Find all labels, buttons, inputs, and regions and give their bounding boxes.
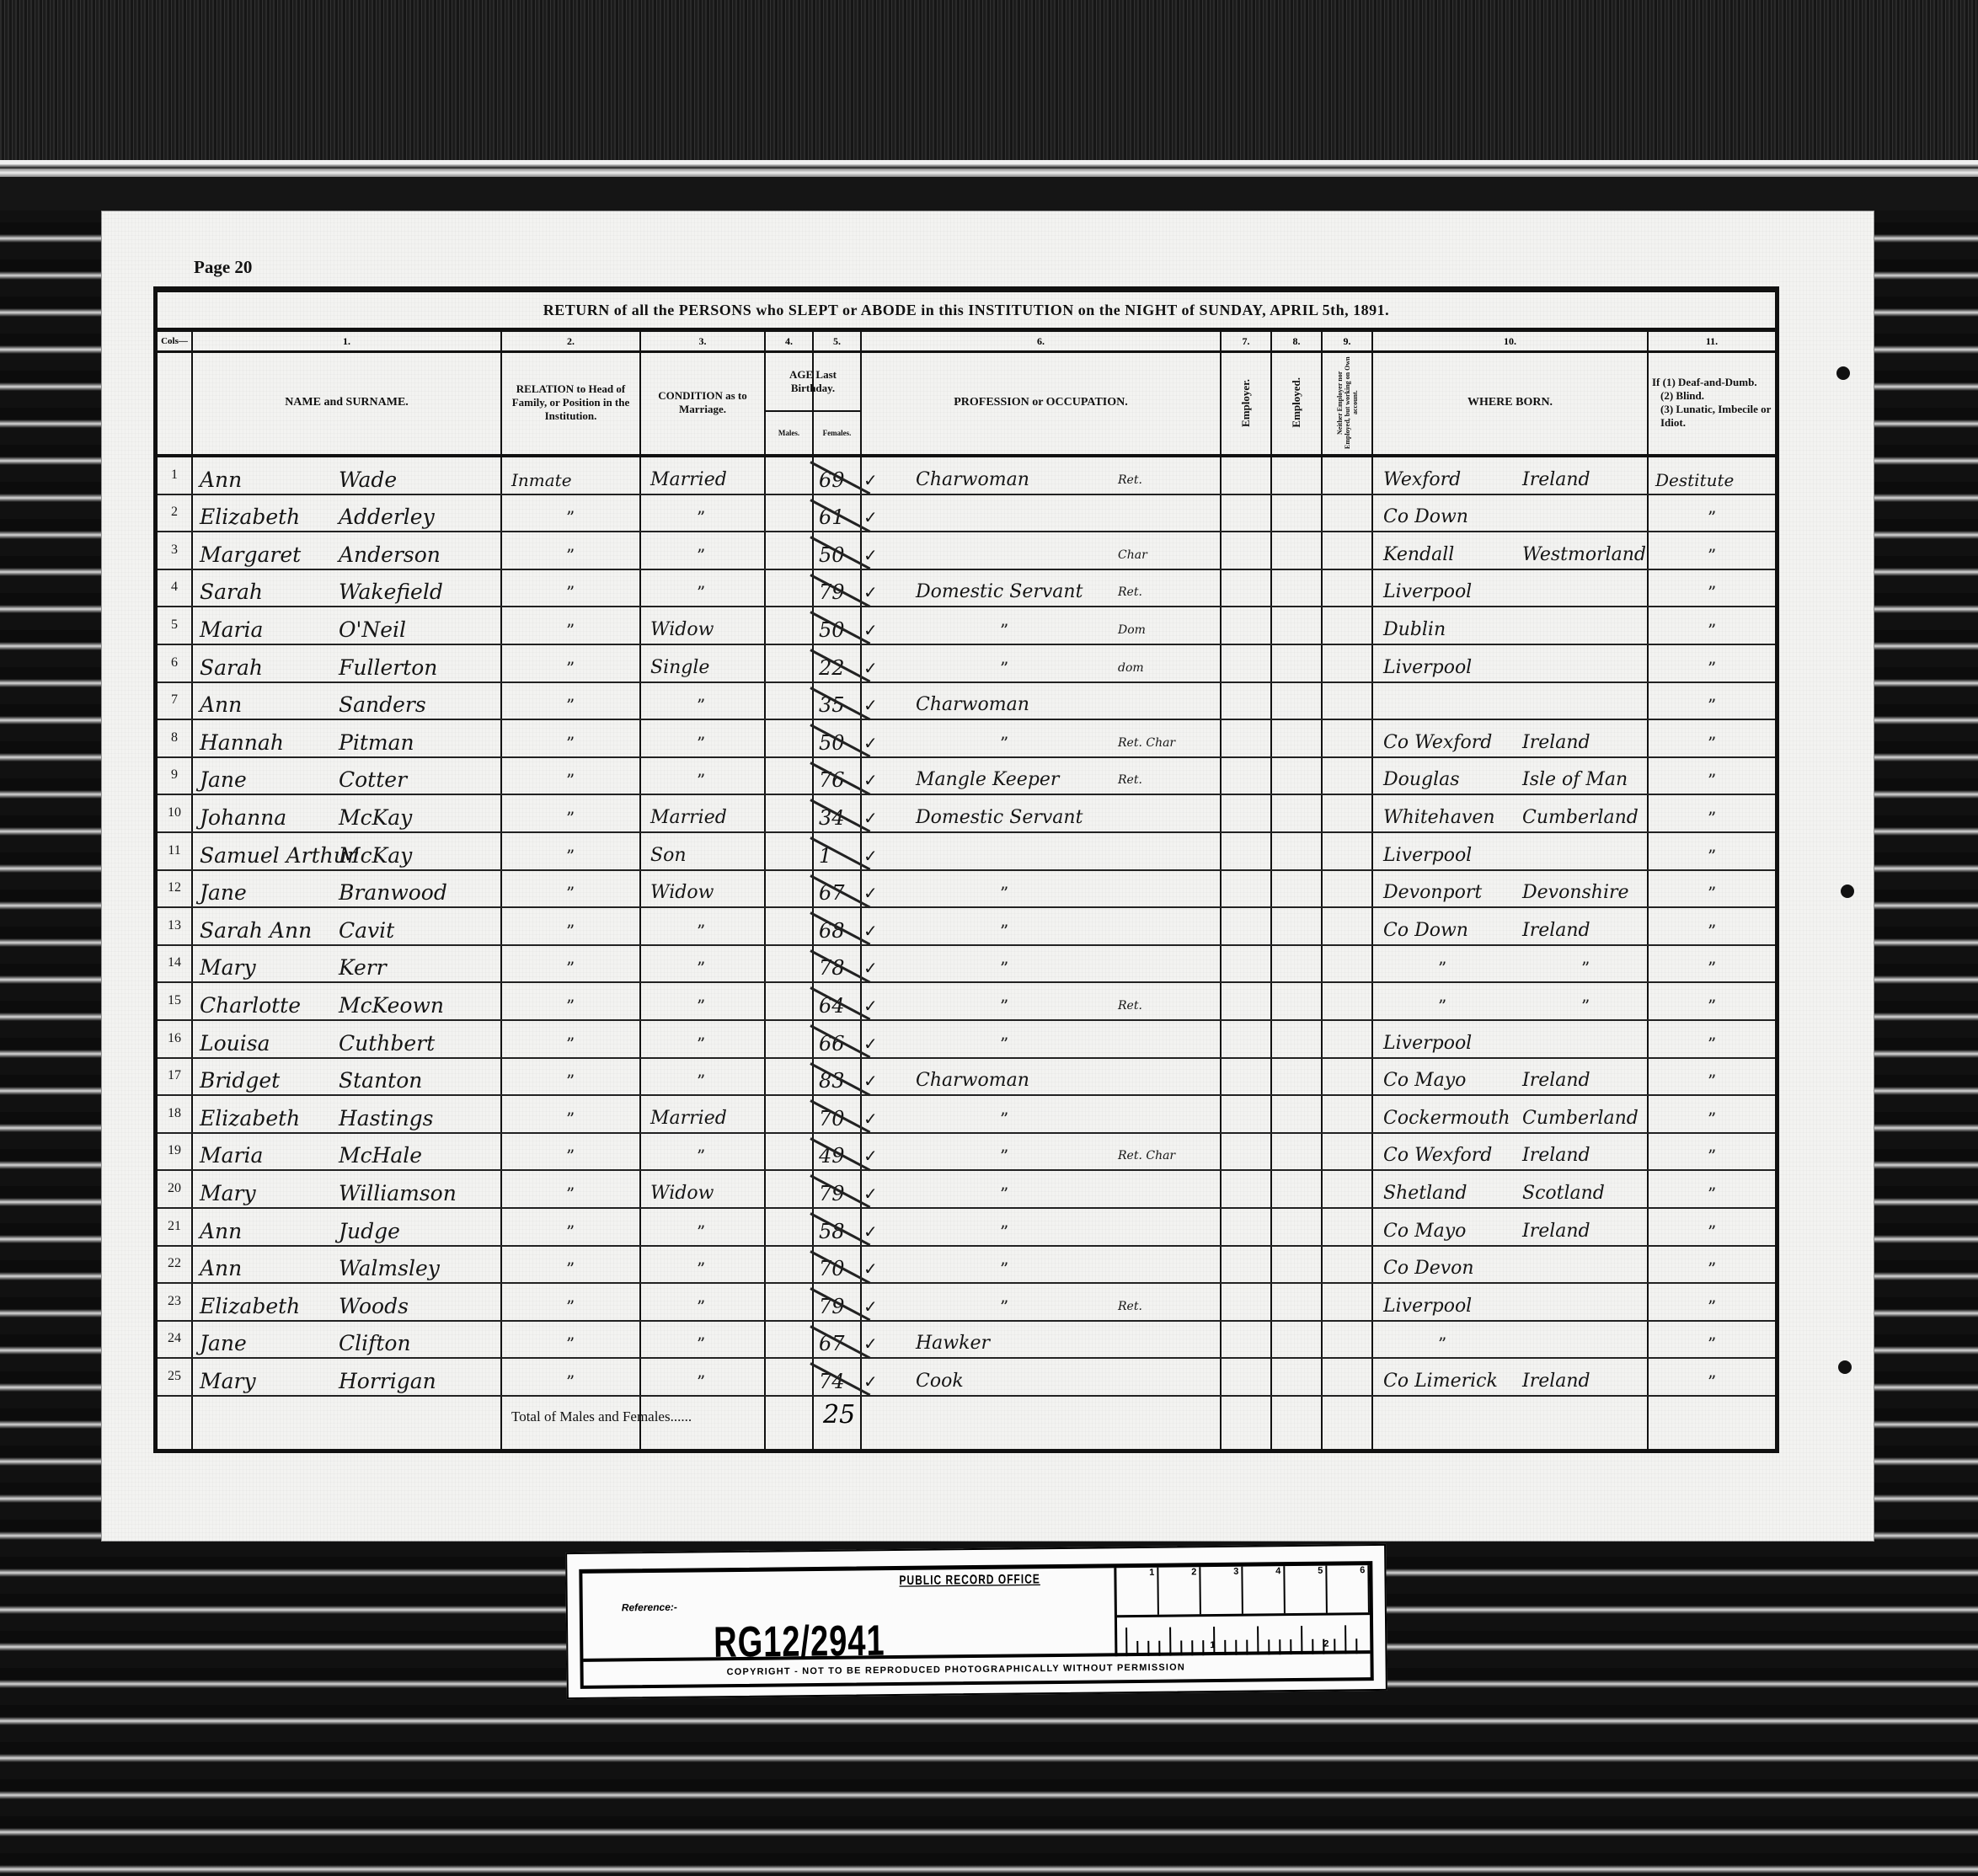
birthplace-country: Cumberland xyxy=(1522,1107,1639,1130)
relation-to-head: ” xyxy=(566,1032,575,1056)
marital-condition: Widow xyxy=(650,1182,714,1205)
infirmity-note: ” xyxy=(1708,1182,1716,1205)
birthplace-town: Co Devon xyxy=(1383,1257,1474,1280)
infirmity-note: ” xyxy=(1708,1370,1716,1393)
marital-condition: ” xyxy=(697,919,705,943)
header-infirmity-3: (3) Lunatic, Imbecile or Idiot. xyxy=(1652,403,1775,430)
check-mark-icon: ✓ xyxy=(863,543,878,567)
birthplace-country: Devonshire xyxy=(1522,881,1629,905)
ruler-tick xyxy=(1257,1626,1259,1654)
first-name: Maria xyxy=(200,618,263,642)
header-employed: Employed. xyxy=(1272,353,1321,452)
occupation: ” xyxy=(1000,656,1008,680)
punch-hole-icon xyxy=(1838,1360,1852,1374)
surname: Hastings xyxy=(339,1107,434,1130)
infirmity-note: ” xyxy=(1708,768,1716,792)
col-number-8: 8. xyxy=(1272,332,1321,353)
relation-to-head: ” xyxy=(566,693,575,717)
check-mark-icon: ✓ xyxy=(863,731,878,755)
check-mark-icon: ✓ xyxy=(863,1032,878,1056)
surname: Horrigan xyxy=(339,1370,436,1393)
birthplace-country: Isle of Man xyxy=(1522,768,1628,792)
check-mark-icon: ✓ xyxy=(863,693,878,717)
infirmity-note: ” xyxy=(1708,844,1716,868)
table-row: 7AnnSanders””35✓Charwoman” xyxy=(158,683,1775,721)
marital-condition: ” xyxy=(697,580,705,604)
occupation: ” xyxy=(1000,1032,1008,1056)
occupation-annotation: Ret. xyxy=(1118,1295,1142,1318)
row-number: 16 xyxy=(158,1027,191,1050)
ruler-cm-label: 1 xyxy=(1116,1568,1159,1616)
first-name: Samuel Arthur xyxy=(200,844,357,868)
table-row: 5MariaO'Neil”Widow50✓”DomDublin” xyxy=(158,607,1775,645)
occupation: Charwoman xyxy=(916,1069,1029,1093)
check-mark-icon: ✓ xyxy=(863,1182,878,1205)
birthplace-town: Co Mayo xyxy=(1383,1220,1466,1243)
relation-to-head: ” xyxy=(566,1332,575,1355)
relation-to-head: Inmate xyxy=(511,468,572,492)
marital-condition: ” xyxy=(697,994,705,1018)
check-mark-icon: ✓ xyxy=(863,1257,878,1280)
occupation: ” xyxy=(1000,731,1008,755)
row-number: 10 xyxy=(158,801,191,825)
birthplace-town: Co Down xyxy=(1383,919,1468,943)
birthplace-town: ” xyxy=(1438,994,1446,1018)
first-name: Bridget xyxy=(200,1069,280,1093)
birthplace-town: Wexford xyxy=(1383,468,1461,492)
row-number: 17 xyxy=(158,1064,191,1088)
occupation-annotation: Ret. Char xyxy=(1118,731,1175,755)
check-mark-icon: ✓ xyxy=(863,1332,878,1355)
copyright-notice: COPYRIGHT - NOT TO BE REPRODUCED PHOTOGR… xyxy=(583,1650,1370,1686)
check-mark-icon: ✓ xyxy=(863,1295,878,1318)
birthplace-town: Douglas xyxy=(1383,768,1460,792)
col-number-6: 6. xyxy=(862,332,1220,353)
marital-condition: ” xyxy=(697,731,705,755)
occupation: ” xyxy=(1000,1107,1008,1130)
surname: Williamson xyxy=(339,1182,457,1205)
marital-condition: ” xyxy=(697,1295,705,1318)
totals-row: Total of Males and Females......25 xyxy=(158,1397,1775,1437)
table-row: 19MariaMcHale””49✓”Ret. CharCo WexfordIr… xyxy=(158,1134,1775,1172)
infirmity-note: ” xyxy=(1708,994,1716,1018)
occupation: ” xyxy=(1000,1257,1008,1280)
surname: Branwood xyxy=(339,881,447,905)
first-name: Ann xyxy=(200,1257,242,1280)
marital-condition: ” xyxy=(697,505,705,529)
table-row: 8HannahPitman””50✓”Ret. CharCo WexfordIr… xyxy=(158,720,1775,758)
ruler-cm-label: 5 xyxy=(1285,1566,1328,1614)
row-number: 23 xyxy=(158,1290,191,1313)
census-page: Page 20 RETURN of all the PERSONS who SL… xyxy=(101,211,1874,1542)
birthplace-town: Whitehaven xyxy=(1383,806,1495,830)
check-mark-icon: ✓ xyxy=(863,656,878,680)
marital-condition: Son xyxy=(650,844,687,868)
ruler-tick xyxy=(1301,1626,1302,1654)
surname: Judge xyxy=(339,1220,400,1243)
table-row: 6SarahFullerton”Single22✓”domLiverpool” xyxy=(158,645,1775,683)
occupation: ” xyxy=(1000,1182,1008,1205)
occupation: Mangle Keeper xyxy=(916,768,1059,792)
ruler-tick xyxy=(1169,1627,1171,1656)
marital-condition: ” xyxy=(697,1032,705,1056)
first-name: Sarah xyxy=(200,656,263,680)
relation-to-head: ” xyxy=(566,1107,575,1130)
infirmity-note: ” xyxy=(1708,580,1716,604)
check-mark-icon: ✓ xyxy=(863,768,878,792)
birthplace-country: Scotland xyxy=(1522,1182,1605,1205)
table-row: 14MaryKerr””78✓”””” xyxy=(158,946,1775,984)
page-title: RETURN of all the PERSONS who SLEPT or A… xyxy=(158,292,1775,332)
surname: Clifton xyxy=(339,1332,411,1355)
birthplace-country: Cumberland xyxy=(1522,806,1639,830)
birthplace-country: Ireland xyxy=(1522,1069,1590,1093)
check-mark-icon: ✓ xyxy=(863,881,878,905)
header-where-born: WHERE BORN. xyxy=(1373,353,1647,452)
birthplace-town: Liverpool xyxy=(1383,656,1472,680)
first-name: Johanna xyxy=(200,806,286,830)
punch-hole-icon xyxy=(1836,366,1850,380)
relation-to-head: ” xyxy=(566,844,575,868)
birthplace-country: Ireland xyxy=(1522,919,1590,943)
surname: Woods xyxy=(339,1295,409,1318)
occupation: Hawker xyxy=(916,1332,990,1355)
table-row: 25MaryHorrigan””74✓CookCo LimerickIrelan… xyxy=(158,1359,1775,1397)
marital-condition: ” xyxy=(697,1257,705,1280)
ruler-tick xyxy=(1213,1627,1215,1655)
totals-label: Total of Males and Females...... xyxy=(511,1408,692,1425)
surname: McKay xyxy=(339,844,412,868)
occupation: ” xyxy=(1000,994,1008,1018)
ruler-cm-label: 2 xyxy=(1158,1567,1201,1615)
reference-slip-frame: PUBLIC RECORD OFFICE Reference:- RG12/29… xyxy=(579,1561,1373,1689)
occupation: Domestic Servant xyxy=(916,580,1083,604)
relation-to-head: ” xyxy=(566,994,575,1018)
row-number: 13 xyxy=(158,914,191,938)
check-mark-icon: ✓ xyxy=(863,1144,878,1168)
marital-condition: ” xyxy=(697,1332,705,1355)
check-mark-icon: ✓ xyxy=(863,468,878,492)
ruler-cm-scale: 1 2 3 4 5 6 xyxy=(1116,1565,1370,1617)
header-males: Males. xyxy=(766,414,812,452)
infirmity-note: ” xyxy=(1708,806,1716,830)
header-employed-text: Employed. xyxy=(1290,377,1303,428)
birthplace-town: Devonport xyxy=(1383,881,1482,905)
row-number: 7 xyxy=(158,688,191,712)
marital-condition: ” xyxy=(697,1370,705,1393)
row-number: 4 xyxy=(158,575,191,599)
birthplace-town: Liverpool xyxy=(1383,580,1472,604)
occupation: ” xyxy=(1000,1144,1008,1168)
scanner-top-band xyxy=(0,0,1978,160)
birthplace-country: Ireland xyxy=(1522,468,1590,492)
relation-to-head: ” xyxy=(566,1295,575,1318)
header-females: Females. xyxy=(814,414,860,452)
occupation: Domestic Servant xyxy=(916,806,1083,830)
col-number-9: 9. xyxy=(1323,332,1371,353)
marital-condition: ” xyxy=(697,956,705,980)
surname: McHale xyxy=(339,1144,422,1168)
header-condition: CONDITION as to Marriage. xyxy=(641,353,764,452)
col-number-10: 10. xyxy=(1373,332,1647,353)
infirmity-note: ” xyxy=(1708,1220,1716,1243)
header-neither: Neither Employer nor Employed, but worki… xyxy=(1323,353,1371,452)
col-number-11: 11. xyxy=(1649,332,1775,353)
birthplace-town: Liverpool xyxy=(1383,844,1472,868)
first-name: Jane xyxy=(200,1332,247,1355)
surname: Wade xyxy=(339,468,397,492)
first-name: Margaret xyxy=(200,543,301,567)
occupation: ” xyxy=(1000,919,1008,943)
occupation-annotation: Ret. xyxy=(1118,468,1142,492)
occupation: ” xyxy=(1000,956,1008,980)
header-employer: Employer. xyxy=(1222,353,1270,452)
header-infirmity-2: (2) Blind. xyxy=(1652,389,1704,403)
row-number: 22 xyxy=(158,1252,191,1275)
infirmity-note: ” xyxy=(1708,919,1716,943)
page-number: Page 20 xyxy=(194,257,252,278)
marital-condition: Married xyxy=(650,468,727,492)
relation-to-head: ” xyxy=(566,505,575,529)
row-number: 25 xyxy=(158,1365,191,1388)
infirmity-note: ” xyxy=(1708,1032,1716,1056)
marital-condition: Widow xyxy=(650,618,714,642)
infirmity-note: ” xyxy=(1708,1144,1716,1168)
marital-condition: ” xyxy=(697,1220,705,1243)
first-name: Elizabeth xyxy=(200,1107,300,1130)
check-mark-icon: ✓ xyxy=(863,956,878,980)
row-number: 19 xyxy=(158,1139,191,1162)
occupation: ” xyxy=(1000,1295,1008,1318)
birthplace-town: Dublin xyxy=(1383,618,1446,642)
row-number: 12 xyxy=(158,876,191,900)
check-mark-icon: ✓ xyxy=(863,1370,878,1393)
table-row: 4SarahWakefield””79✓Domestic ServantRet.… xyxy=(158,570,1775,608)
occupation-annotation: Ret. xyxy=(1118,994,1142,1018)
table-row: 13Sarah AnnCavit””68✓”Co DownIreland” xyxy=(158,908,1775,946)
surname: Walmsley xyxy=(339,1257,440,1280)
table-row: 24JaneClifton””67✓Hawker”” xyxy=(158,1322,1775,1360)
row-number: 18 xyxy=(158,1102,191,1125)
check-mark-icon: ✓ xyxy=(863,505,878,529)
relation-to-head: ” xyxy=(566,1370,575,1393)
header-infirmity: If (1) Deaf-and-Dumb. (2) Blind. (3) Lun… xyxy=(1649,353,1775,452)
surname: Kerr xyxy=(339,956,387,980)
first-name: Ann xyxy=(200,693,242,717)
row-number: 14 xyxy=(158,951,191,975)
infirmity-note: ” xyxy=(1708,656,1716,680)
relation-to-head: ” xyxy=(566,656,575,680)
first-name: Mary xyxy=(200,1370,256,1393)
table-row: 23ElizabethWoods””79✓”Ret.Liverpool” xyxy=(158,1284,1775,1322)
cols-label: Cols— xyxy=(158,332,191,353)
infirmity-note: Destitute xyxy=(1655,468,1734,492)
total-females: 25 xyxy=(823,1400,855,1430)
infirmity-note: ” xyxy=(1708,1332,1716,1355)
occupation: Charwoman xyxy=(916,468,1029,492)
col-number-7: 7. xyxy=(1222,332,1270,353)
infirmity-note: ” xyxy=(1708,1295,1716,1318)
marital-condition: Single xyxy=(650,656,709,680)
birthplace-country: Ireland xyxy=(1522,731,1590,755)
scanner-stripe xyxy=(0,177,1978,211)
relation-to-head: ” xyxy=(566,806,575,830)
scanner-stripe xyxy=(0,168,1978,177)
table-row: 15CharlotteMcKeown””64✓”Ret.””” xyxy=(158,983,1775,1021)
marital-condition: ” xyxy=(697,1069,705,1093)
birthplace-town: Liverpool xyxy=(1383,1032,1472,1056)
relation-to-head: ” xyxy=(566,1144,575,1168)
reference-label: Reference:- xyxy=(622,1601,677,1614)
birthplace-town: Co Wexford xyxy=(1383,731,1492,755)
birthplace-country: ” xyxy=(1581,994,1590,1018)
row-number: 24 xyxy=(158,1327,191,1350)
occupation-annotation: Ret. Char xyxy=(1118,1144,1175,1168)
check-mark-icon: ✓ xyxy=(863,844,878,868)
relation-to-head: ” xyxy=(566,618,575,642)
first-name: Jane xyxy=(200,768,247,792)
marital-condition: ” xyxy=(697,1144,705,1168)
first-name: Jane xyxy=(200,881,247,905)
reference-slip: PUBLIC RECORD OFFICE Reference:- RG12/29… xyxy=(565,1544,1387,1699)
relation-to-head: ” xyxy=(566,956,575,980)
occupation-annotation: Ret. xyxy=(1118,580,1142,604)
birthplace-town: Co Wexford xyxy=(1383,1144,1492,1168)
first-name: Elizabeth xyxy=(200,505,300,529)
first-name: Elizabeth xyxy=(200,1295,300,1318)
table-row: 2ElizabethAdderley””61✓Co Down” xyxy=(158,495,1775,533)
table-row: 18ElizabethHastings”Married70✓”Cockermou… xyxy=(158,1096,1775,1134)
relation-to-head: ” xyxy=(566,1257,575,1280)
scale-ruler: 1 2 3 4 5 6 1 2 xyxy=(1114,1565,1370,1656)
row-number: 1 xyxy=(158,463,191,487)
ruler-cm-label: 3 xyxy=(1200,1567,1243,1615)
check-mark-icon: ✓ xyxy=(863,1069,878,1093)
birthplace-town: Co Mayo xyxy=(1383,1069,1466,1093)
header-infirmity-1: If (1) Deaf-and-Dumb. xyxy=(1652,376,1757,389)
relation-to-head: ” xyxy=(566,919,575,943)
check-mark-icon: ✓ xyxy=(863,919,878,943)
scanner-stripe xyxy=(0,160,1978,164)
birthplace-town: ” xyxy=(1438,956,1446,980)
first-name: Sarah xyxy=(200,580,263,604)
birthplace-town: Co Limerick xyxy=(1383,1370,1498,1393)
birthplace-town: Shetland xyxy=(1383,1182,1467,1205)
table-header: Cols— 1. 2. 3. 4. 5. 6. 7. 8. 9. 10. 11.… xyxy=(158,332,1775,457)
birthplace-country: Ireland xyxy=(1522,1144,1590,1168)
surname: McKay xyxy=(339,806,412,830)
infirmity-note: ” xyxy=(1708,693,1716,717)
relation-to-head: ” xyxy=(566,1182,575,1205)
table-row: 16LouisaCuthbert””66✓”Liverpool” xyxy=(158,1021,1775,1059)
header-relation: RELATION to Head of Family, or Position … xyxy=(502,353,639,452)
table-row: 20MaryWilliamson”Widow79✓”ShetlandScotla… xyxy=(158,1171,1775,1209)
check-mark-icon: ✓ xyxy=(863,1107,878,1130)
row-number: 8 xyxy=(158,726,191,750)
birthplace-town: ” xyxy=(1438,1332,1446,1355)
infirmity-note: ” xyxy=(1708,1069,1716,1093)
relation-to-head: ” xyxy=(566,1069,575,1093)
surname: Cavit xyxy=(339,919,394,943)
table-row: 21AnnJudge””58✓”Co MayoIreland” xyxy=(158,1209,1775,1247)
ruler-tick xyxy=(1345,1625,1346,1654)
occupation-annotation: Ret. xyxy=(1118,768,1142,792)
marital-condition: Married xyxy=(650,1107,727,1130)
surname: Pitman xyxy=(339,731,414,755)
first-name: Charlotte xyxy=(200,994,301,1018)
ruler-tick xyxy=(1125,1627,1127,1656)
occupation: ” xyxy=(1000,881,1008,905)
birthplace-town: Co Down xyxy=(1383,505,1468,529)
row-number: 11 xyxy=(158,839,191,863)
surname: Cuthbert xyxy=(339,1032,435,1056)
marital-condition: Widow xyxy=(650,881,714,905)
table-grid: Cols— 1. 2. 3. 4. 5. 6. 7. 8. 9. 10. 11.… xyxy=(158,332,1775,1452)
surname: Anderson xyxy=(339,543,441,567)
infirmity-note: ” xyxy=(1708,881,1716,905)
row-number: 20 xyxy=(158,1177,191,1200)
marital-condition: ” xyxy=(697,543,705,567)
marital-condition: Married xyxy=(650,806,727,830)
col-number-4: 4. xyxy=(766,332,812,353)
header-name: NAME and SURNAME. xyxy=(193,353,500,452)
relation-to-head: ” xyxy=(566,881,575,905)
first-name: Mary xyxy=(200,956,256,980)
row-number: 5 xyxy=(158,613,191,637)
check-mark-icon: ✓ xyxy=(863,580,878,604)
infirmity-note: ” xyxy=(1708,618,1716,642)
birthplace-country: Ireland xyxy=(1522,1220,1590,1243)
header-employer-text: Employer. xyxy=(1239,379,1253,427)
row-number: 3 xyxy=(158,538,191,562)
occupation: ” xyxy=(1000,618,1008,642)
surname: Wakefield xyxy=(339,580,443,604)
birthplace-country: Westmorland xyxy=(1522,543,1646,567)
birthplace-town: Liverpool xyxy=(1383,1295,1472,1318)
col-number-5: 5. xyxy=(814,332,860,353)
occupation-annotation: Char xyxy=(1118,543,1147,567)
surname: O'Neil xyxy=(339,618,406,642)
row-number: 2 xyxy=(158,500,191,524)
surname: Stanton xyxy=(339,1069,422,1093)
row-number: 15 xyxy=(158,989,191,1013)
col-number-3: 3. xyxy=(641,332,764,353)
ruler-cm-label: 6 xyxy=(1327,1565,1370,1613)
table-row: 9JaneCotter””76✓Mangle KeeperRet.Douglas… xyxy=(158,758,1775,796)
first-name: Mary xyxy=(200,1182,256,1205)
surname: Cotter xyxy=(339,768,407,792)
table-row: 11Samuel ArthurMcKay”Son1✓Liverpool” xyxy=(158,833,1775,871)
first-name: Ann xyxy=(200,468,242,492)
infirmity-note: ” xyxy=(1708,543,1716,567)
table-row: 17BridgetStanton””83✓CharwomanCo MayoIre… xyxy=(158,1059,1775,1097)
relation-to-head: ” xyxy=(566,768,575,792)
relation-to-head: ” xyxy=(566,1220,575,1243)
occupation: ” xyxy=(1000,1220,1008,1243)
check-mark-icon: ✓ xyxy=(863,994,878,1018)
first-name: Sarah Ann xyxy=(200,919,312,943)
punch-hole-icon xyxy=(1841,885,1854,898)
ruler-cm-label: 4 xyxy=(1243,1566,1286,1614)
header-neither-text: Neither Employer nor Employed, but worki… xyxy=(1336,356,1359,449)
infirmity-note: ” xyxy=(1708,956,1716,980)
surname: Sanders xyxy=(339,693,426,717)
col-number-2: 2. xyxy=(502,332,639,353)
public-record-office-label: PUBLIC RECORD OFFICE xyxy=(899,1571,1040,1588)
occupation: Charwoman xyxy=(916,693,1029,717)
marital-condition: ” xyxy=(697,693,705,717)
first-name: Maria xyxy=(200,1144,263,1168)
